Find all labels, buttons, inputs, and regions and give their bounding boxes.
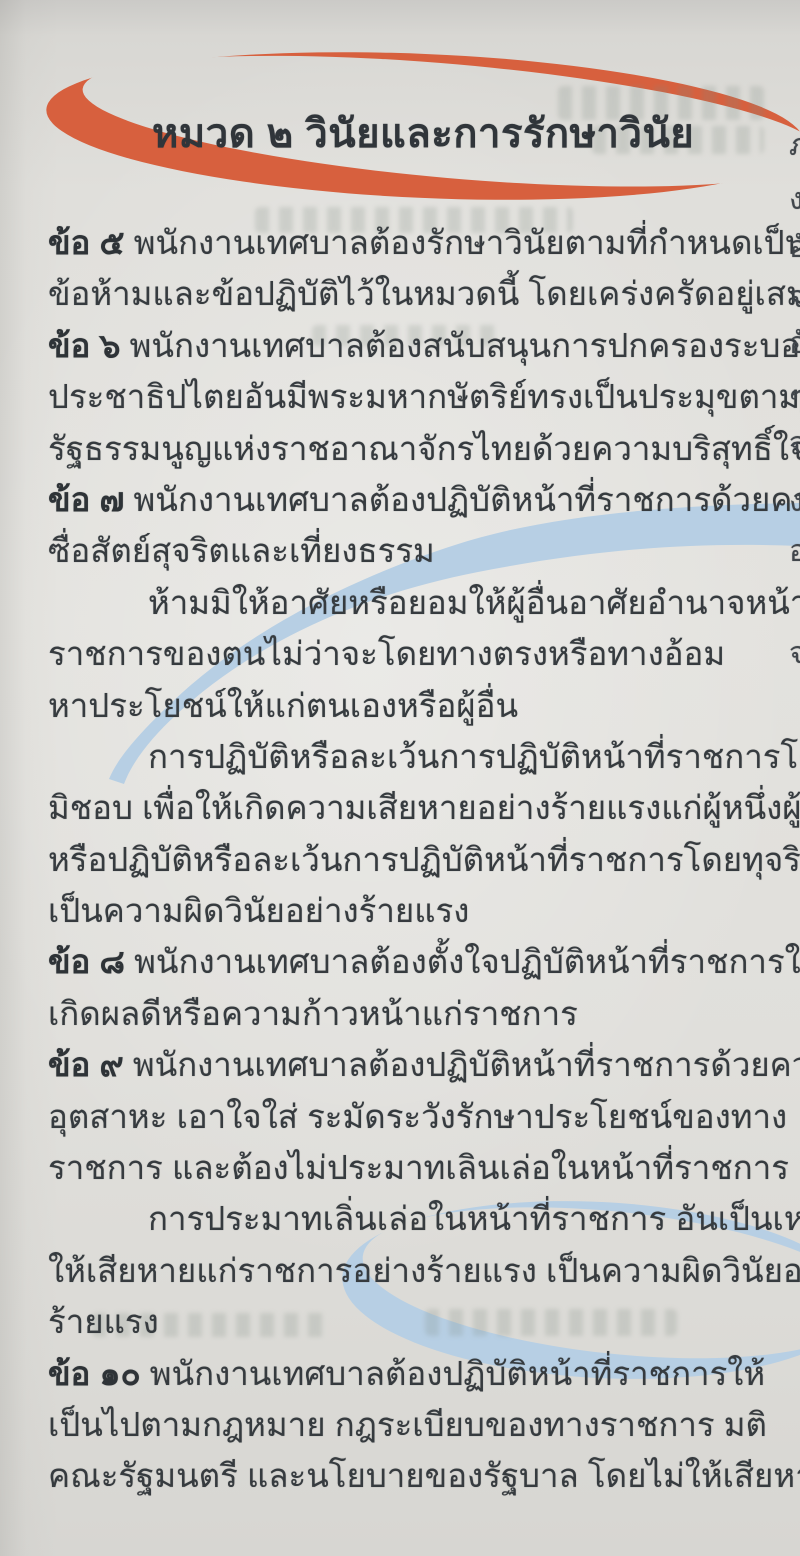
line-text: พนักงานเทศบาลต้องปฏิบัติหน้าที่ราชการให้ <box>141 1355 766 1392</box>
text-line: ราชการของตนไม่ว่าจะโดยทางตรงหรือทางอ้อม <box>48 628 772 679</box>
line-text: การปฏิบัติหรือละเว้นการปฏิบัติหน้าที่ราช… <box>148 738 800 775</box>
clause-number: ข้อ ๖ <box>48 327 121 364</box>
text-line: เป็นไปตามกฎหมาย กฎระเบียบของทางราชการ มต… <box>48 1399 772 1450</box>
body-text: ข้อ ๕ พนักงานเทศบาลต้องรักษาวินัยตามที่ก… <box>48 217 772 1502</box>
line-text: เกิดผลดีหรือความก้าวหน้าแก่ราชการ <box>48 995 578 1032</box>
text-line: ซื่อสัตย์สุจริตและเที่ยงธรรม <box>48 525 772 576</box>
text-line: ห้ามมิให้อาศัยหรือยอมให้ผู้อื่นอาศัยอำนา… <box>48 577 772 628</box>
line-text: รัฐธรรมนูญแห่งราชอาณาจักรไทยด้วยความบริส… <box>48 430 800 467</box>
text-line: ข้อ ๙ พนักงานเทศบาลต้องปฏิบัติหน้าที่ราช… <box>48 1039 772 1090</box>
text-line: ข้อ ๑๐ พนักงานเทศบาลต้องปฏิบัติหน้าที่รา… <box>48 1348 772 1399</box>
line-text: ให้เสียหายแก่ราชการอย่างร้ายแรง เป็นความ… <box>48 1252 800 1289</box>
text-line: การประมาทเลิ่นเล่อในหน้าที่ราชการ อันเป็… <box>48 1193 772 1244</box>
line-text: ราชการของตนไม่ว่าจะโดยทางตรงหรือทางอ้อม <box>48 635 725 672</box>
text-line: ข้อ ๗ พนักงานเทศบาลต้องปฏิบัติหน้าที่ราช… <box>48 474 772 525</box>
line-text: ราชการ และต้องไม่ประมาทเลินเล่อในหน้าที่… <box>48 1149 789 1186</box>
text-line: การปฏิบัติหรือละเว้นการปฏิบัติหน้าที่ราช… <box>48 731 772 782</box>
line-text: ประชาธิปไตยอันมีพระมหากษัตริย์ทรงเป็นประ… <box>48 378 800 415</box>
line-text: เป็นความผิดวินัยอย่างร้ายแรง <box>48 892 469 929</box>
line-text: ข้อห้ามและข้อปฏิบัติไว้ในหมวดนี้ โดยเคร่… <box>48 275 800 312</box>
line-text: การประมาทเลิ่นเล่อในหน้าที่ราชการ อันเป็… <box>148 1200 800 1237</box>
document-page: หมวด ๒ วินัยและการรักษาวินัย ข้อ ๕ พนักง… <box>0 0 800 1556</box>
clause-number: ข้อ ๙ <box>48 1046 124 1083</box>
text-line: ร้ายแรง <box>48 1296 772 1347</box>
line-text: พนักงานเทศบาลต้องตั้งใจปฏิบัติหน้าที่ราช… <box>125 943 800 980</box>
text-line: หาประโยชน์ให้แก่ตนเองหรือผู้อื่น <box>48 680 772 731</box>
line-text: เป็นไปตามกฎหมาย กฎระเบียบของทางราชการ มต… <box>48 1406 767 1443</box>
line-text: พนักงานเทศบาลต้องปฏิบัติหน้าที่ราชการด้ว… <box>124 481 800 518</box>
text-line: ข้อ ๕ พนักงานเทศบาลต้องรักษาวินัยตามที่ก… <box>48 217 772 268</box>
line-text: ซื่อสัตย์สุจริตและเที่ยงธรรม <box>48 532 435 569</box>
chapter-heading: หมวด ๒ วินัยและการรักษาวินัย <box>152 101 694 165</box>
line-text: ร้ายแรง <box>48 1303 159 1340</box>
clause-number: ข้อ ๕ <box>48 224 125 261</box>
text-line: อุตสาหะ เอาใจใส่ ระมัดระวังรักษาประโยชน์… <box>48 1091 772 1142</box>
line-text: ห้ามมิให้อาศัยหรือยอมให้ผู้อื่นอาศัยอำนา… <box>148 584 800 621</box>
text-line: เกิดผลดีหรือความก้าวหน้าแก่ราชการ <box>48 988 772 1039</box>
clause-number: ข้อ ๘ <box>48 943 125 980</box>
clause-number: ข้อ ๗ <box>48 481 124 518</box>
text-line: มิชอบ เพื่อให้เกิดความเสียหายอย่างร้ายแร… <box>48 782 772 833</box>
text-line: ข้อ ๘ พนักงานเทศบาลต้องตั้งใจปฏิบัติหน้า… <box>48 936 772 987</box>
text-line: ข้อห้ามและข้อปฏิบัติไว้ในหมวดนี้ โดยเคร่… <box>48 268 772 319</box>
line-text: หาประโยชน์ให้แก่ตนเองหรือผู้อื่น <box>48 687 518 724</box>
line-text: คณะรัฐมนตรี และนโยบายของรัฐบาล โดยไม่ให้… <box>48 1457 800 1494</box>
line-text: พนักงานเทศบาลต้องรักษาวินัยตามที่กำหนดเป… <box>125 224 800 261</box>
text-line: ข้อ ๖ พนักงานเทศบาลต้องสนับสนุนการปกครอง… <box>48 320 772 371</box>
line-text: หรือปฏิบัติหรือละเว้นการปฏิบัติหน้าที่รา… <box>48 841 800 878</box>
text-line: เป็นความผิดวินัยอย่างร้ายแรง <box>48 885 772 936</box>
document-photo: { "page": { "header": { "title": "หมวด ๒… <box>0 0 800 1556</box>
text-line: ให้เสียหายแก่ราชการอย่างร้ายแรง เป็นความ… <box>48 1245 772 1296</box>
line-text: พนักงานเทศบาลต้องปฏิบัติหน้าที่ราชการด้ว… <box>124 1046 800 1083</box>
text-line: หรือปฏิบัติหรือละเว้นการปฏิบัติหน้าที่รา… <box>48 834 772 885</box>
text-line: ประชาธิปไตยอันมีพระมหากษัตริย์ทรงเป็นประ… <box>48 371 772 422</box>
line-text: มิชอบ เพื่อให้เกิดความเสียหายอย่างร้ายแร… <box>48 789 800 826</box>
text-line: ราชการ และต้องไม่ประมาทเลินเล่อในหน้าที่… <box>48 1142 772 1193</box>
line-text: พนักงานเทศบาลต้องสนับสนุนการปกครองระบอบ <box>121 327 800 364</box>
text-line: รัฐธรรมนูญแห่งราชอาณาจักรไทยด้วยความบริส… <box>48 423 772 474</box>
line-text: อุตสาหะ เอาใจใส่ ระมัดระวังรักษาประโยชน์… <box>48 1098 787 1135</box>
clause-number: ข้อ ๑๐ <box>48 1355 141 1392</box>
text-line: คณะรัฐมนตรี และนโยบายของรัฐบาล โดยไม่ให้… <box>48 1450 772 1501</box>
